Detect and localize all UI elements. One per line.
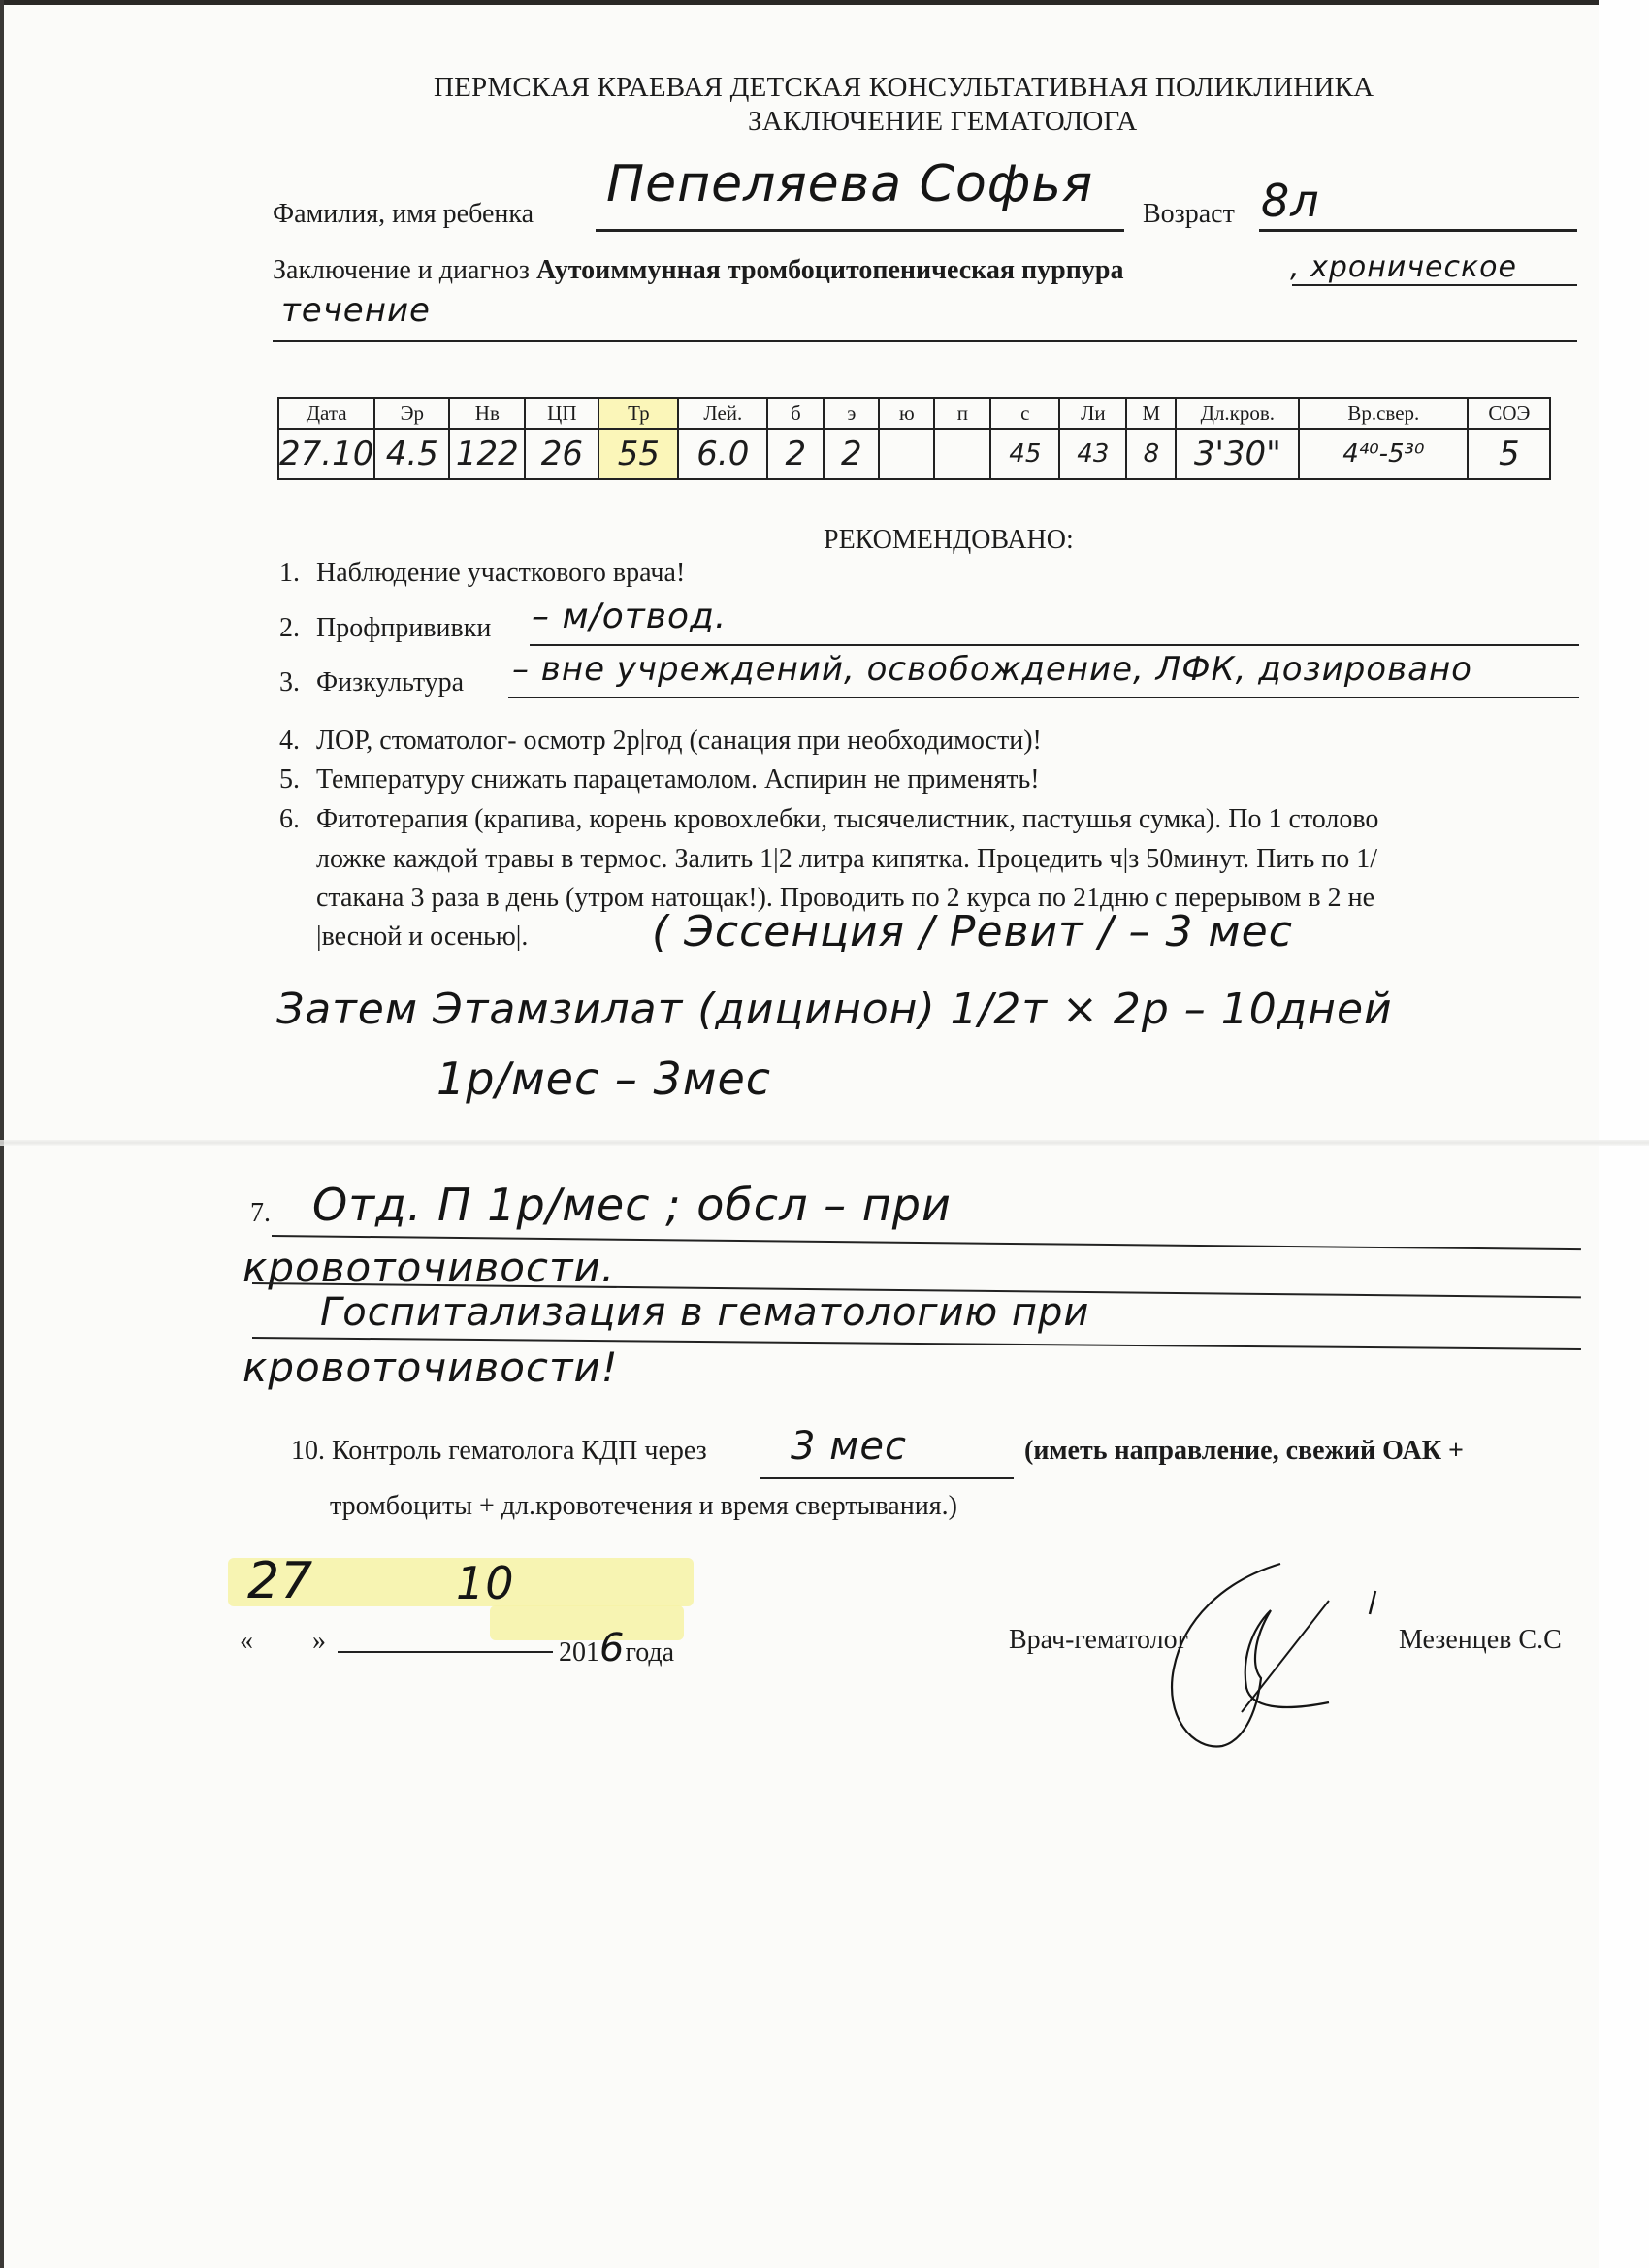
rec-item-1: 1.Наблюдение участкового врача!	[279, 558, 685, 589]
cell-m: 8	[1126, 429, 1176, 479]
col-soe: СОЭ	[1468, 398, 1550, 429]
rec-item-7-handwritten-3: Госпитализация в гематологию при	[320, 1290, 1089, 1335]
rec-item-10-text-after: (иметь направление, свежий ОАК +	[1024, 1436, 1464, 1467]
cell-tr: 55	[598, 429, 678, 479]
lab-value-row: 27.10 4.5 122 26 55 6.0 2 2 45 43 8 3'30…	[278, 429, 1550, 479]
age-value: 8л	[1261, 175, 1320, 227]
rec-item-6-line-1: Фитотерапия (крапива, корень кровохлебки…	[316, 804, 1378, 834]
date-quote-close: »	[312, 1626, 326, 1657]
rec-item-num: 10.	[291, 1436, 325, 1466]
rec-item-5: 5.Температуру снижать парацетамолом. Асп…	[279, 764, 1040, 795]
rec-item-num: 2.	[279, 613, 316, 644]
rec-item-6-handwritten-2: Затем Этамзилат (дицинон) 1/2т × 2р – 10…	[276, 985, 1393, 1034]
cell-b: 2	[767, 429, 824, 479]
document-title: ЗАКЛЮЧЕНИЕ ГЕМАТОЛОГА	[748, 106, 1137, 138]
rec-item-3-handwritten: – вне учреждений, освобождение, ЛФК, доз…	[512, 650, 1472, 689]
rec-item-num: 1.	[279, 558, 316, 589]
diagnosis-underline-2	[273, 340, 1577, 342]
age-underline	[1259, 229, 1577, 232]
col-m: М	[1126, 398, 1176, 429]
rec-item-10-handwritten: 3 мес	[791, 1424, 907, 1469]
cell-date: 27.10	[278, 429, 374, 479]
rec-item-2: 2.Профпрививки	[279, 613, 491, 644]
lab-results-table: Дата Эр Нв ЦП Тр Лей. б э ю п с Ли М Дл.…	[277, 397, 1551, 480]
rec-item-3: 3.Физкультура	[279, 667, 464, 698]
rec-item-num: 6.	[279, 804, 316, 835]
rec-item-2-underline	[530, 644, 1579, 646]
rec-item-2-handwritten: – м/отвод.	[532, 597, 727, 636]
rec-item-label: Профпрививки	[316, 613, 491, 643]
col-yu: ю	[879, 398, 934, 429]
date-quote-open: «	[240, 1626, 253, 1657]
year-suffix-handwritten: 6	[599, 1626, 625, 1670]
rec-item-num: 3.	[279, 667, 316, 698]
rec-item-text: ЛОР, стоматолог- осмотр 2р|год (санация …	[316, 726, 1042, 756]
rec-item-10-underline	[760, 1477, 1014, 1479]
rec-item-3-underline	[508, 697, 1579, 698]
cell-soe: 5	[1468, 429, 1550, 479]
cell-li: 43	[1059, 429, 1126, 479]
date-year: 2016года	[559, 1626, 674, 1670]
rec-item-text: Температуру снижать парацетамолом. Аспир…	[316, 764, 1040, 794]
col-hb: Нв	[449, 398, 525, 429]
signer-role: Врач-гематолог	[1009, 1625, 1188, 1656]
rec-item-10: 10. Контроль гематолога КДП через	[291, 1436, 707, 1467]
diagnosis-label: Заключение и диагноз Аутоиммунная тромбо…	[273, 255, 1123, 286]
rec-item-7-handwritten-4: кровоточивости!	[242, 1344, 619, 1391]
cell-lei: 6.0	[678, 429, 767, 479]
rec-item-7-num: 7.	[250, 1198, 271, 1229]
col-s: с	[990, 398, 1059, 429]
diagnosis-handwritten-1: , хроническое	[1290, 250, 1517, 284]
scan-edge-right	[1599, 0, 1649, 2268]
col-tr: Тр	[598, 398, 678, 429]
year-prefix: 201	[559, 1637, 599, 1668]
name-underline	[596, 229, 1124, 232]
col-p: п	[934, 398, 990, 429]
rec-item-num: 4.	[279, 726, 316, 757]
recommendations-heading: РЕКОМЕНДОВАНО:	[824, 525, 1074, 556]
cell-cp: 26	[525, 429, 598, 479]
cell-hb: 122	[449, 429, 525, 479]
diagnosis-handwritten-2: течение	[281, 291, 431, 330]
rec-item-7-handwritten-1: Отд. П 1р/мес ; обсл – при	[312, 1179, 952, 1231]
name-label: Фамилия, имя ребенка	[273, 199, 533, 230]
rec-item-10-line-2: тромбоциты + дл.кровотечения и время све…	[330, 1491, 957, 1522]
col-e: э	[824, 398, 879, 429]
date-month-handwritten: 10	[456, 1557, 515, 1609]
col-er: Эр	[374, 398, 449, 429]
date-month-underline	[338, 1651, 553, 1653]
rec-item-4: 4.ЛОР, стоматолог- осмотр 2р|год (санаци…	[279, 726, 1042, 757]
doctor-signature	[1164, 1552, 1416, 1756]
signer-name: Мезенцев С.С	[1399, 1625, 1562, 1656]
col-dl-krov: Дл.кров.	[1176, 398, 1299, 429]
cell-s: 45	[990, 429, 1059, 479]
cell-er: 4.5	[374, 429, 449, 479]
paper-fold-crease	[0, 1140, 1649, 1146]
col-li: Ли	[1059, 398, 1126, 429]
cell-yu	[879, 429, 934, 479]
age-label: Возраст	[1143, 199, 1235, 230]
rec-item-6: 6.Фитотерапия (крапива, корень кровохлеб…	[279, 804, 1378, 835]
cell-p	[934, 429, 990, 479]
year-word: года	[625, 1637, 674, 1668]
scan-edge-top	[0, 0, 1649, 5]
rec-item-label: Физкультура	[316, 667, 464, 697]
rec-item-6-handwritten-1: ( Эссенция / Ревит / – 3 мес	[652, 907, 1293, 956]
col-date: Дата	[278, 398, 374, 429]
lab-header-row: Дата Эр Нв ЦП Тр Лей. б э ю п с Ли М Дл.…	[278, 398, 1550, 429]
diagnosis-printed: Аутоиммунная тромбоцитопеническая пурпур…	[536, 255, 1123, 285]
cell-e: 2	[824, 429, 879, 479]
col-b: б	[767, 398, 824, 429]
cell-vr-sver: 4⁴⁰-5³⁰	[1299, 429, 1468, 479]
rec-item-6-handwritten-3: 1р/мес – 3мес	[436, 1053, 771, 1105]
rec-item-text: Наблюдение участкового врача!	[316, 558, 685, 588]
rec-item-10-text: Контроль гематолога КДП через	[332, 1436, 707, 1466]
scan-edge-left	[0, 0, 4, 2268]
date-day-handwritten: 27	[247, 1552, 313, 1610]
col-vr-sver: Вр.свер.	[1299, 398, 1468, 429]
rec-item-6-line-2: ложке каждой травы в термос. Залить 1|2 …	[316, 844, 1377, 875]
col-cp: ЦП	[525, 398, 598, 429]
rec-item-6-line-4: |весной и осенью|.	[316, 922, 528, 953]
name-value: Пепеляева Софья	[606, 155, 1093, 213]
rec-item-num: 5.	[279, 764, 316, 795]
cell-dl-krov: 3'30"	[1176, 429, 1299, 479]
institution-title: ПЕРМСКАЯ КРАЕВАЯ ДЕТСКАЯ КОНСУЛЬТАТИВНАЯ…	[434, 72, 1374, 104]
diagnosis-label-text: Заключение и диагноз	[273, 255, 530, 285]
col-lei: Лей.	[678, 398, 767, 429]
diagnosis-underline-1	[1292, 284, 1577, 286]
